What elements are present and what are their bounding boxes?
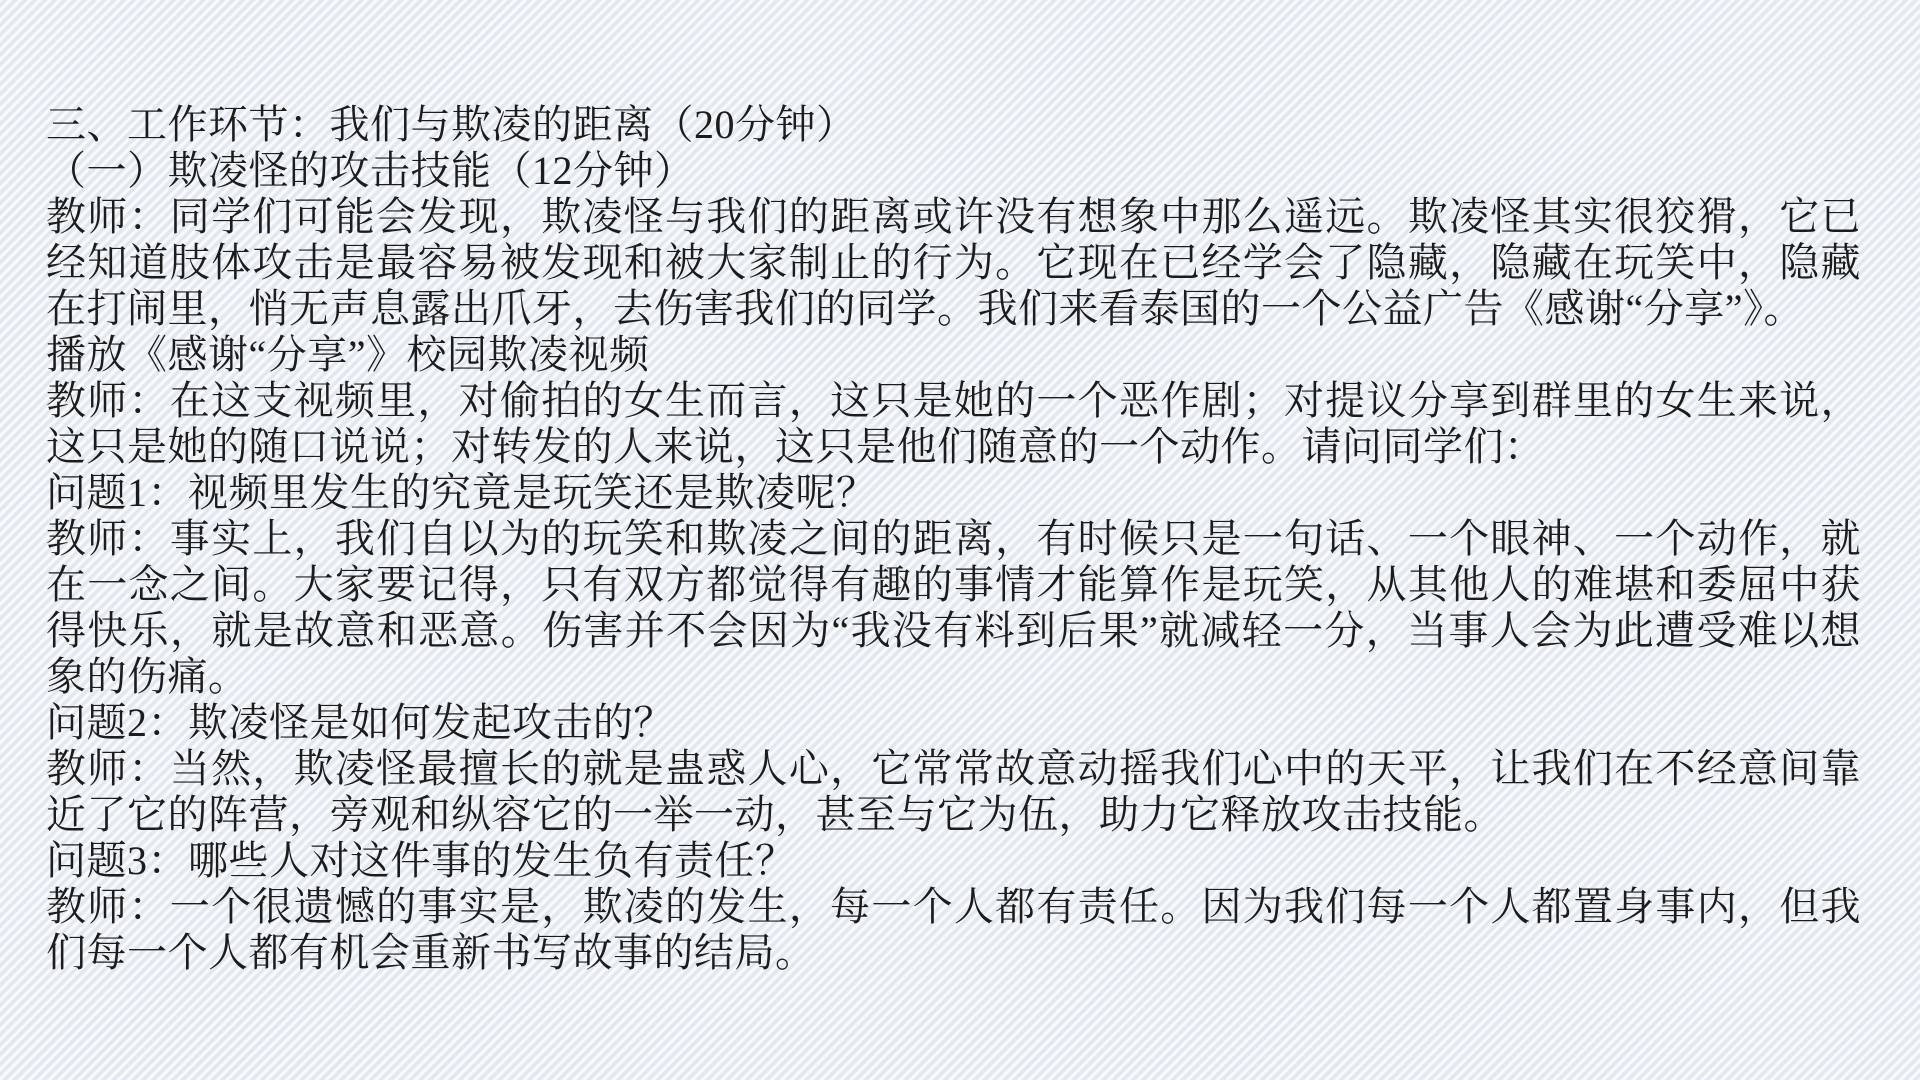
- lesson-plan-text-block: 三、工作环节：我们与欺凌的距离（20分钟） （一）欺凌怪的攻击技能（12分钟） …: [46, 102, 1861, 976]
- question-1: 问题1：视频里发生的究竟是玩笑还是欺凌呢？: [46, 470, 1861, 516]
- question-2: 问题2：欺凌怪是如何发起攻击的？: [46, 700, 1861, 746]
- subsection-heading: （一）欺凌怪的攻击技能（12分钟）: [46, 148, 1861, 194]
- teacher-script-answer-2: 教师：当然，欺凌怪最擅长的就是蛊惑人心，它常常故意动摇我们心中的天平，让我们在不…: [46, 746, 1861, 838]
- teacher-script-answer-1: 教师：事实上，我们自以为的玩笑和欺凌之间的距离，有时候只是一句话、一个眼神、一个…: [46, 516, 1861, 700]
- video-cue: 播放《感谢“分享”》校园欺凌视频: [46, 332, 1861, 378]
- teacher-script-video: 教师：在这支视频里，对偷拍的女生而言，这只是她的一个恶作剧；对提议分享到群里的女…: [46, 378, 1861, 470]
- section-heading: 三、工作环节：我们与欺凌的距离（20分钟）: [46, 102, 1861, 148]
- teacher-script-intro: 教师：同学们可能会发现，欺凌怪与我们的距离或许没有想象中那么遥远。欺凌怪其实很狡…: [46, 194, 1861, 332]
- question-3: 问题3：哪些人对这件事的发生负有责任？: [46, 838, 1861, 884]
- teacher-script-answer-3: 教师：一个很遗憾的事实是，欺凌的发生，每一个人都有责任。因为我们每一个人都置身事…: [46, 884, 1861, 976]
